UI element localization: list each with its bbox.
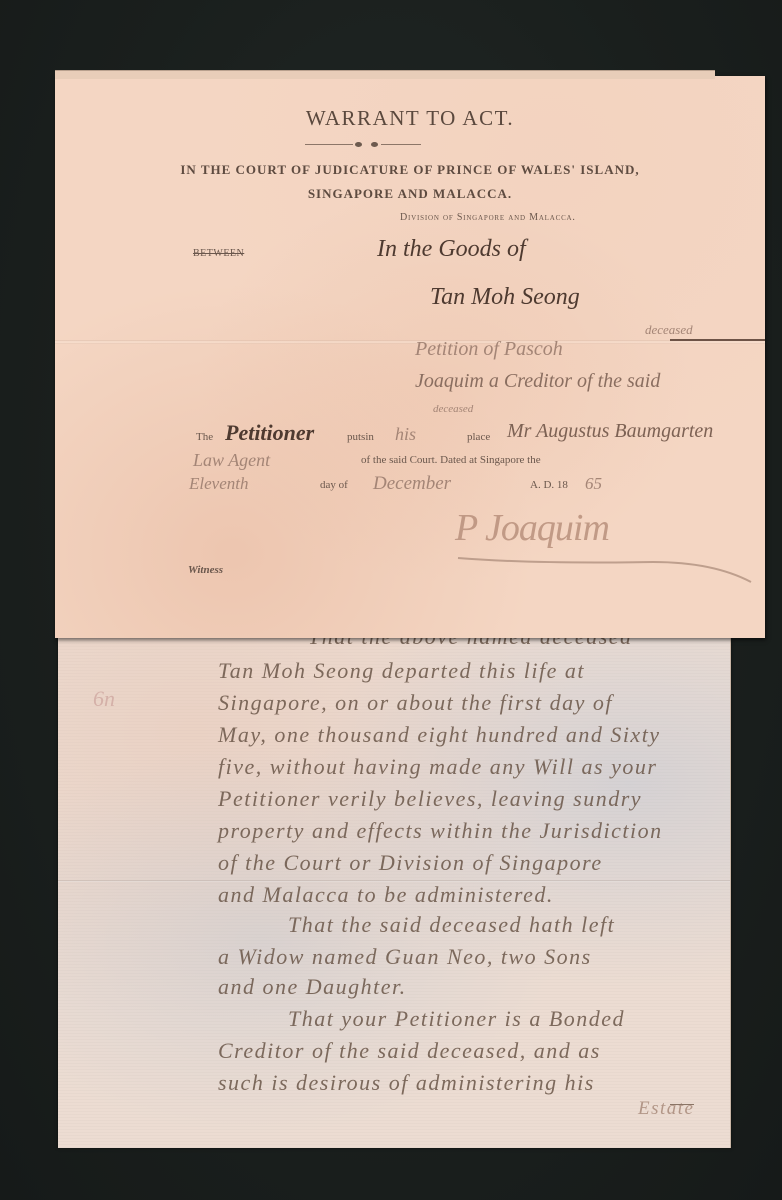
day-field: Eleventh — [189, 474, 248, 494]
signature: P Joaquim — [455, 506, 609, 550]
folded-edge — [55, 70, 715, 79]
petition-line: property and effects within the Jurisdic… — [218, 818, 663, 844]
tear-line — [670, 339, 765, 341]
deceased-small: deceased — [433, 403, 473, 415]
petition-line: of the Court or Division of Singapore — [218, 850, 603, 876]
petition-line: Petitioner verily believes, leaving sund… — [218, 786, 642, 812]
of-court-text: of the said Court. Dated at Singapore th… — [361, 454, 541, 466]
margin-mark: 6n — [93, 686, 115, 712]
ad-label: A. D. 18 — [530, 479, 568, 491]
place-label: place — [467, 431, 490, 443]
court-heading: IN THE COURT OF JUDICATURE OF PRINCE OF … — [55, 162, 765, 178]
court-heading-2: SINGAPORE AND MALACCA. — [55, 186, 765, 202]
petition-line: That your Petitioner is a Bonded — [288, 1006, 625, 1032]
petition-line: That the said deceased hath left — [288, 912, 615, 938]
puts-in-label: putsin — [347, 431, 374, 443]
petition-line: May, one thousand eight hundred and Sixt… — [218, 722, 661, 748]
petitioner-creditor-text: Joaquim a Creditor of the said — [415, 370, 660, 393]
petition-sheet: 6n That the above named deceased Tan Moh… — [58, 628, 731, 1148]
petition-line: such is desirous of administering his — [218, 1070, 595, 1096]
petition-line: and one Daughter. — [218, 974, 407, 1000]
pronoun-field: his — [395, 424, 416, 445]
month-field: December — [373, 473, 451, 495]
agent-title-field: Law Agent — [193, 450, 270, 471]
division-label: Division of Singapore and Malacca. — [400, 212, 576, 223]
fold-crease — [55, 340, 765, 344]
year-field: 65 — [585, 474, 602, 494]
petition-of-text: Petition of Pascoh — [415, 338, 563, 361]
petition-line: Tan Moh Seong departed this life at — [218, 658, 585, 684]
agent-name-field: Mr Augustus Baumgarten — [507, 420, 713, 443]
goods-of-text: In the Goods of — [377, 236, 526, 263]
witness-label: Witness — [188, 564, 223, 576]
petitioner-field: Petitioner — [225, 420, 314, 446]
petition-line: Creditor of the said deceased, and as — [218, 1038, 601, 1064]
warrant-sheet: WARRANT TO ACT. IN THE COURT OF JUDICATU… — [55, 76, 765, 638]
underline — [670, 1104, 694, 1105]
petition-line: Estate — [638, 1098, 695, 1120]
deceased-name: Tan Moh Seong — [430, 284, 580, 311]
petition-line: Singapore, on or about the first day of — [218, 690, 613, 716]
between-label: BETWEEN — [193, 248, 244, 259]
day-of-label: day of — [320, 479, 348, 491]
the-label: The — [196, 431, 213, 443]
signature-flourish — [453, 554, 753, 584]
deceased-insert: deceased — [645, 322, 693, 338]
document-title: WARRANT TO ACT. — [55, 106, 765, 131]
petition-line: and Malacca to be administered. — [218, 882, 554, 908]
ornament-divider — [305, 142, 421, 148]
petition-line: five, without having made any Will as yo… — [218, 754, 657, 780]
petition-line: a Widow named Guan Neo, two Sons — [218, 944, 592, 970]
